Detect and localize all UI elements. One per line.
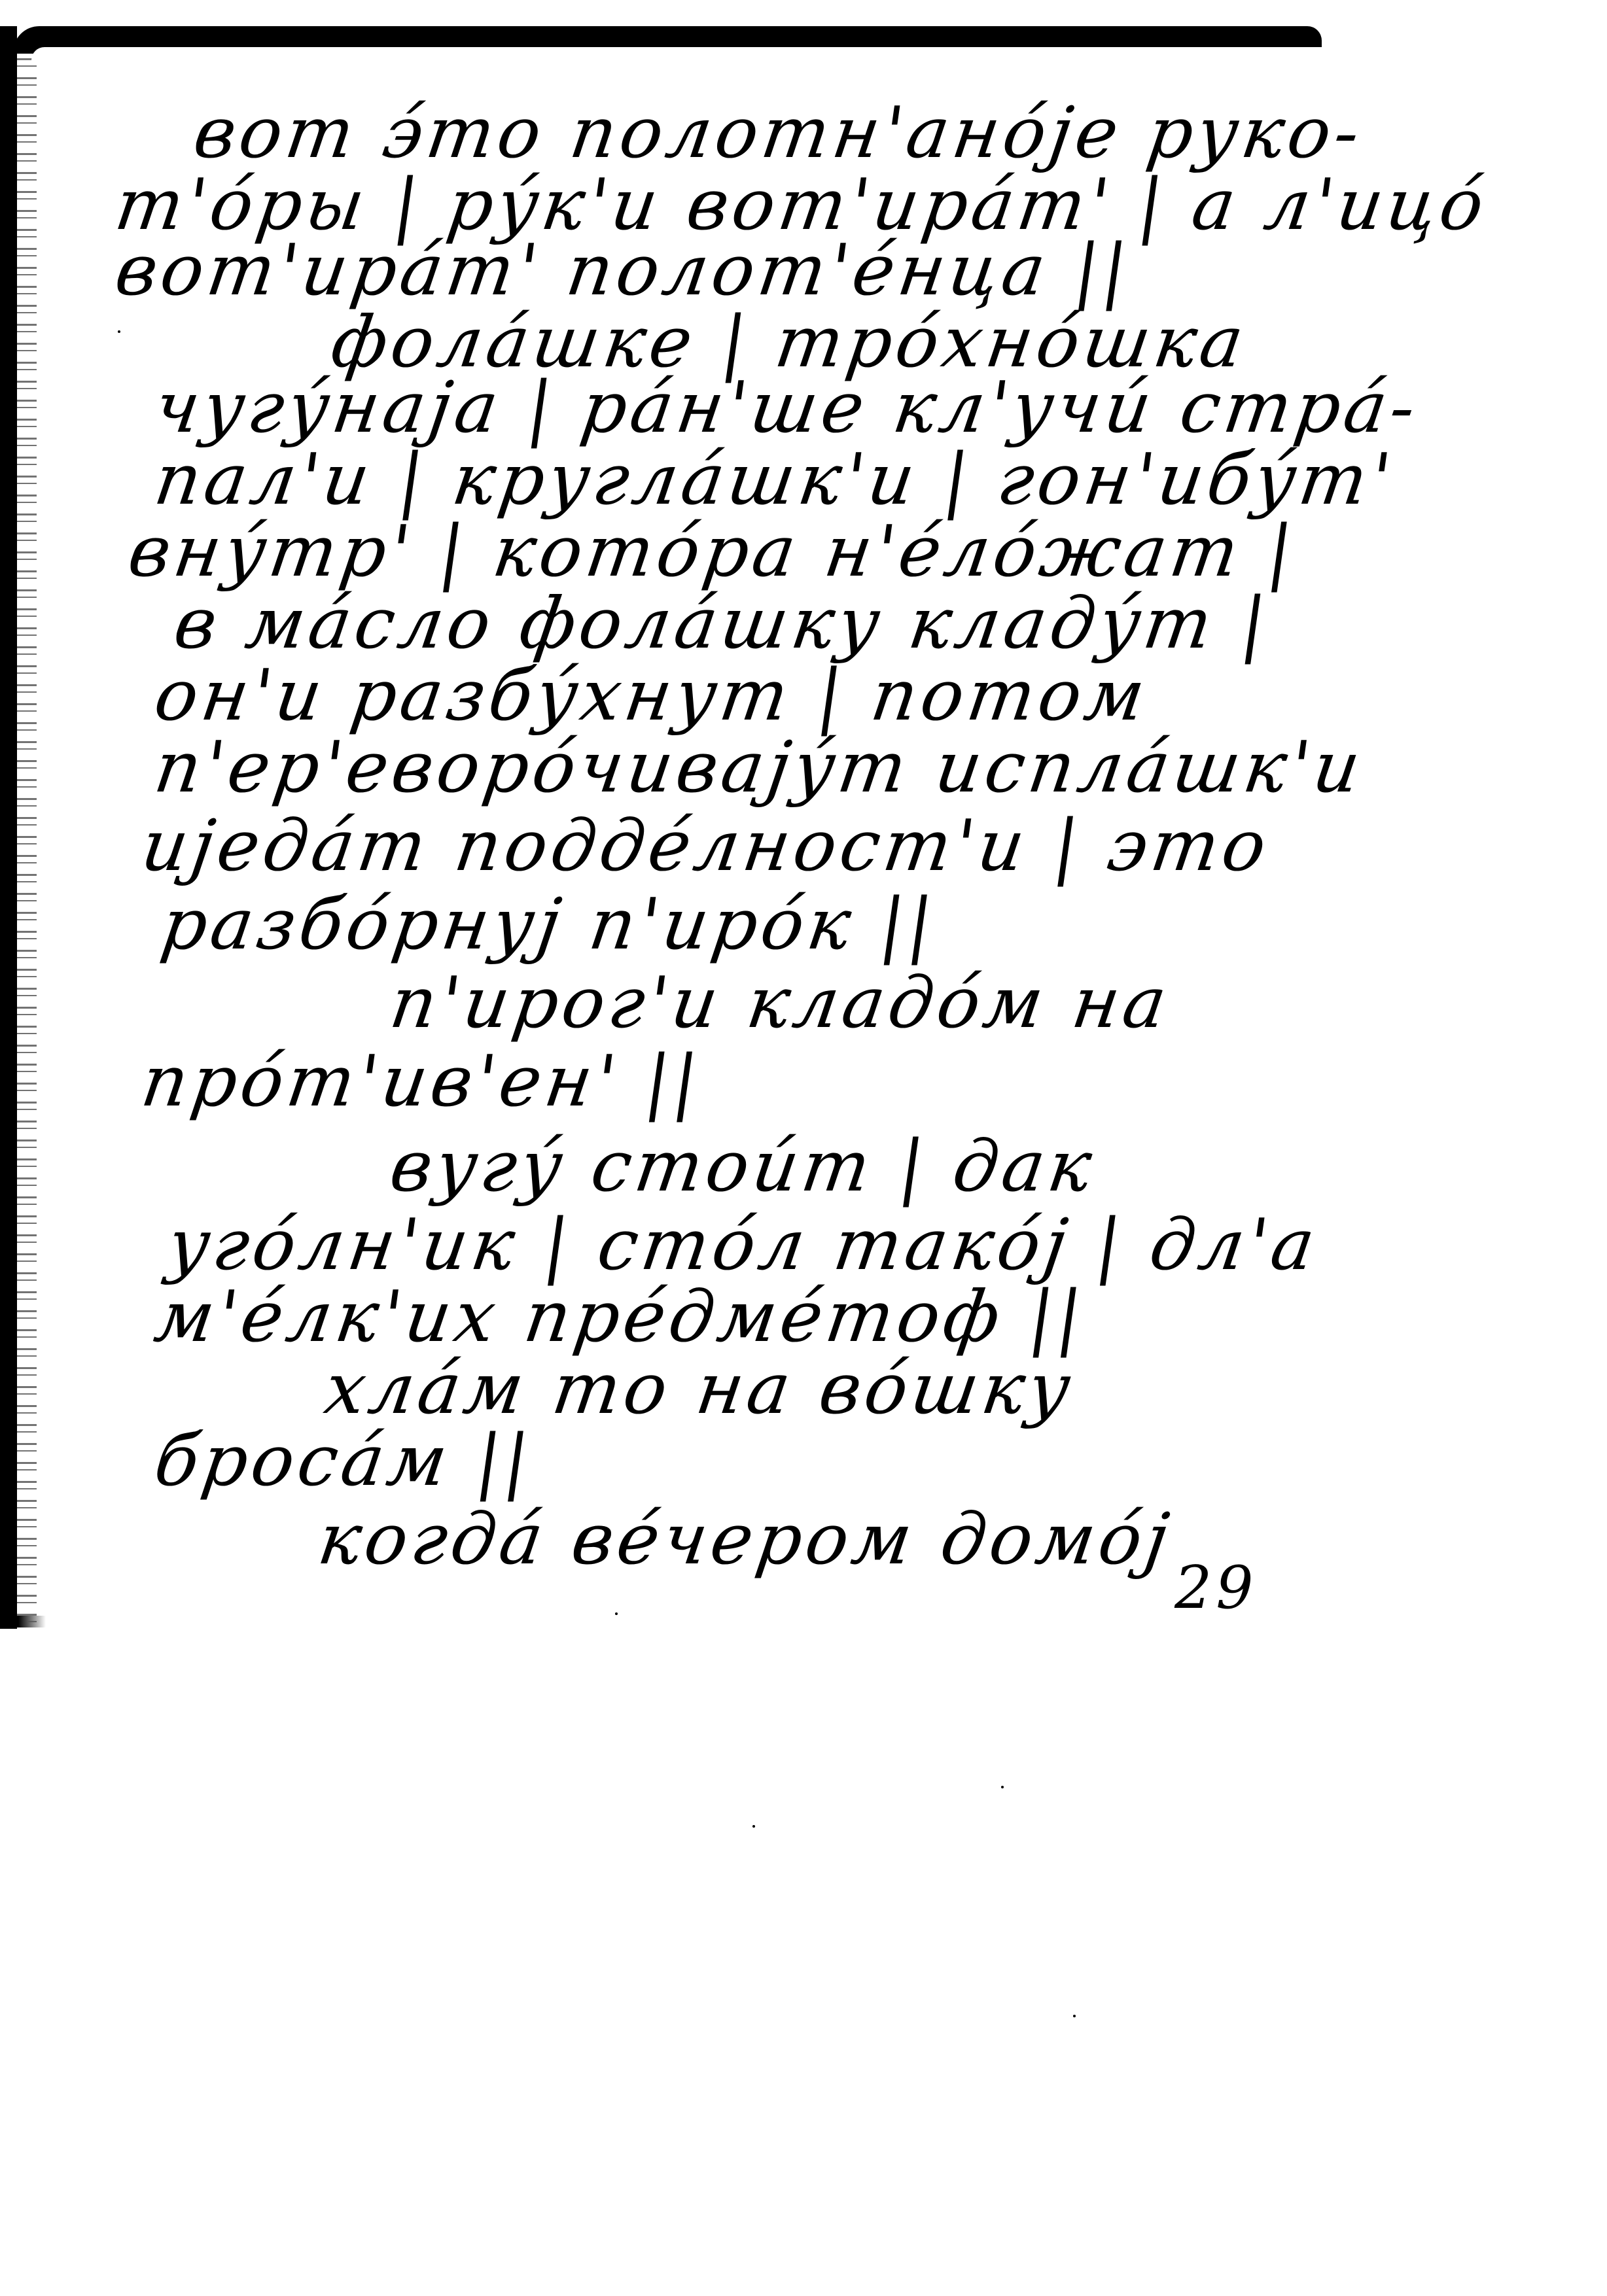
scanned-notebook-page: вот э́то полотн'ано́је руко- т'о́ры | ру… bbox=[0, 0, 1607, 2296]
text-line: он'и разбу́хнут | потом bbox=[150, 661, 1153, 731]
text-line: хла́м то на во́шку bbox=[321, 1354, 1078, 1425]
scan-speck bbox=[1001, 1786, 1004, 1788]
scan-speck bbox=[752, 1825, 755, 1828]
text-line: п'ирог'и кладо́м на bbox=[386, 968, 1174, 1039]
scan-speck bbox=[118, 330, 120, 333]
text-line: пал'и | кругла́шк'и | гон'ибу́т' bbox=[150, 445, 1399, 515]
text-line: уго́лн'ик | сто́л тако́j | дл'а bbox=[164, 1210, 1322, 1281]
text-line: вот э́то полотн'ано́је руко- bbox=[190, 98, 1368, 169]
scan-speck bbox=[1073, 2015, 1076, 2017]
scan-speck bbox=[615, 1612, 618, 1615]
text-line: чугу́наја | ра́н'ше кл'учи́ стра́- bbox=[150, 373, 1423, 444]
text-line: вну́тр' | кото́ра н'е́ло́жат | bbox=[124, 517, 1301, 587]
text-line: разбо́рнуj п'иро́к || bbox=[157, 890, 941, 960]
text-line: броса́м || bbox=[150, 1426, 537, 1497]
page-number: 29 bbox=[1174, 1554, 1258, 1622]
text-line: иjеда́т подде́лност'и | это bbox=[137, 811, 1274, 882]
text-line: в ма́сло фола́шку кладу́т | bbox=[170, 589, 1274, 659]
text-line: вот'ира́т' полот'е́нца || bbox=[111, 235, 1135, 306]
text-line: м'е́лк'их пре́дме́тоф || bbox=[150, 1282, 1090, 1353]
handwritten-text: вот э́то полотн'ано́је руко- т'о́ры | ру… bbox=[0, 0, 1607, 1701]
text-line: когда́ ве́чером домо́j bbox=[314, 1505, 1176, 1575]
text-line: п'ер'еворо́чиваjу́т испла́шк'и bbox=[150, 733, 1368, 803]
text-line: про́т'ив'ен' || bbox=[137, 1047, 706, 1117]
text-line: вугу́ стои́т | дак bbox=[386, 1132, 1100, 1202]
